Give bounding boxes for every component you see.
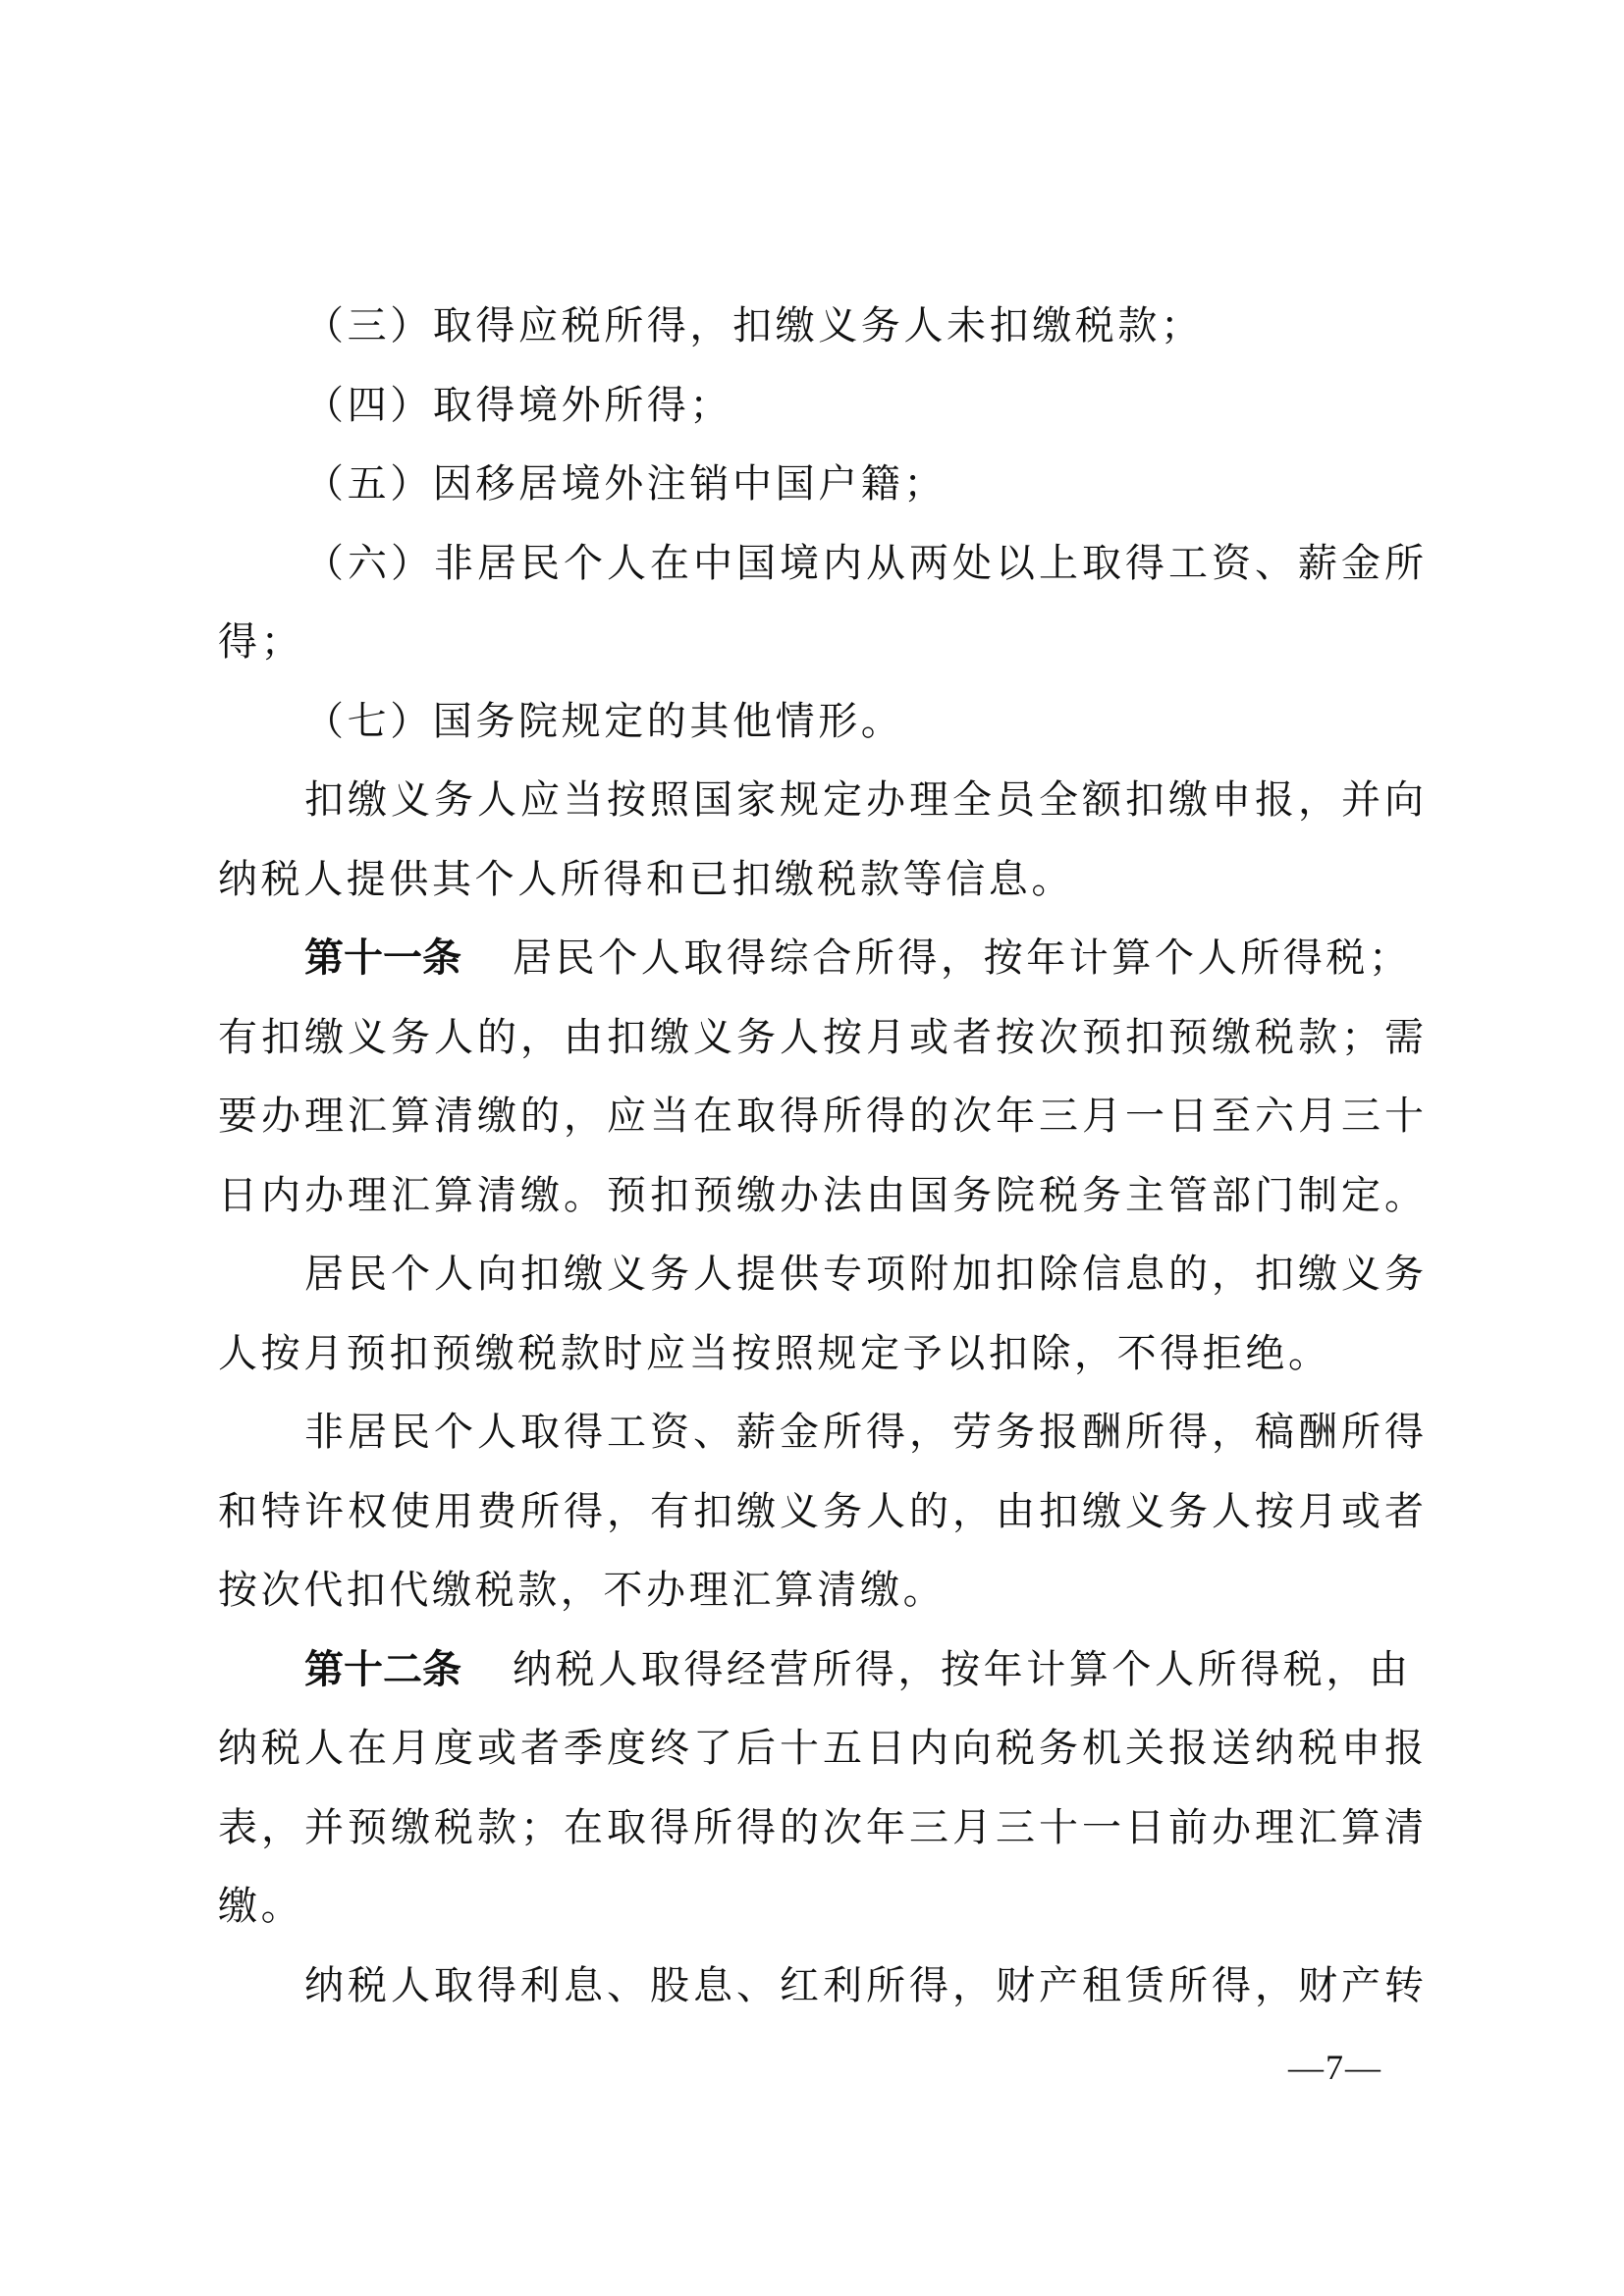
text-line: 纳税人取得利息、股息、红利所得，财产租赁所得，财产转 xyxy=(218,1954,1424,2034)
text-line: 要办理汇算清缴的，应当在取得所得的次年三月一日至六月三十 xyxy=(218,1085,1424,1164)
text-line: 按次代扣代缴税款，不办理汇算清缴。 xyxy=(218,1559,1424,1638)
text-line: 扣缴义务人应当按照国家规定办理全员全额扣缴申报，并向 xyxy=(218,769,1424,848)
text-line: （四）取得境外所得； xyxy=(218,374,1424,454)
text-line: 非居民个人取得工资、薪金所得，劳务报酬所得，稿酬所得 xyxy=(218,1401,1424,1480)
text-line: 纳税人取得经营所得，按年计算个人所得税，由 xyxy=(513,1647,1412,1692)
text-line: 有扣缴义务人的，由扣缴义务人按月或者按次预扣预缴税款；需 xyxy=(218,1006,1424,1086)
text-line: （五）因移居境外注销中国户籍； xyxy=(218,453,1424,532)
body-text: （三）取得应税所得，扣缴义务人未扣缴税款； （四）取得境外所得； （五）因移居境… xyxy=(218,294,1424,2033)
text-line: 人按月预扣预缴税款时应当按照规定予以扣除，不得拒绝。 xyxy=(218,1322,1424,1402)
text-line: 缴。 xyxy=(218,1875,1424,1954)
article-heading: 第十二条 xyxy=(304,1647,461,1692)
text-line: 表，并预缴税款；在取得所得的次年三月三十一日前办理汇算清 xyxy=(218,1796,1424,1876)
text-line: 居民个人向扣缴义务人提供专项附加扣除信息的，扣缴义务 xyxy=(218,1243,1424,1322)
text-line: 居民个人取得综合所得，按年计算个人所得税； xyxy=(513,935,1412,981)
document-page: （三）取得应税所得，扣缴义务人未扣缴税款； （四）取得境外所得； （五）因移居境… xyxy=(0,0,1624,2296)
article-heading: 第十一条 xyxy=(304,935,461,981)
text-line: 日内办理汇算清缴。预扣预缴办法由国务院税务主管部门制定。 xyxy=(218,1164,1424,1244)
text-line: 得； xyxy=(218,611,1424,690)
text-line: 纳税人提供其个人所得和已扣缴税款等信息。 xyxy=(218,848,1424,928)
text-line: 纳税人在月度或者季度终了后十五日内向税务机关报送纳税申报 xyxy=(218,1717,1424,1796)
article-12-first-line: 第十二条纳税人取得经营所得，按年计算个人所得税，由 xyxy=(218,1638,1424,1718)
page-number: —7— xyxy=(1288,2048,1382,2087)
article-11-first-line: 第十一条居民个人取得综合所得，按年计算个人所得税； xyxy=(218,927,1424,1006)
text-line: （三）取得应税所得，扣缴义务人未扣缴税款； xyxy=(218,294,1424,374)
text-line: （六）非居民个人在中国境内从两处以上取得工资、薪金所 xyxy=(218,532,1424,612)
text-line: 和特许权使用费所得，有扣缴义务人的，由扣缴义务人按月或者 xyxy=(218,1480,1424,1560)
text-line: （七）国务院规定的其他情形。 xyxy=(218,690,1424,770)
